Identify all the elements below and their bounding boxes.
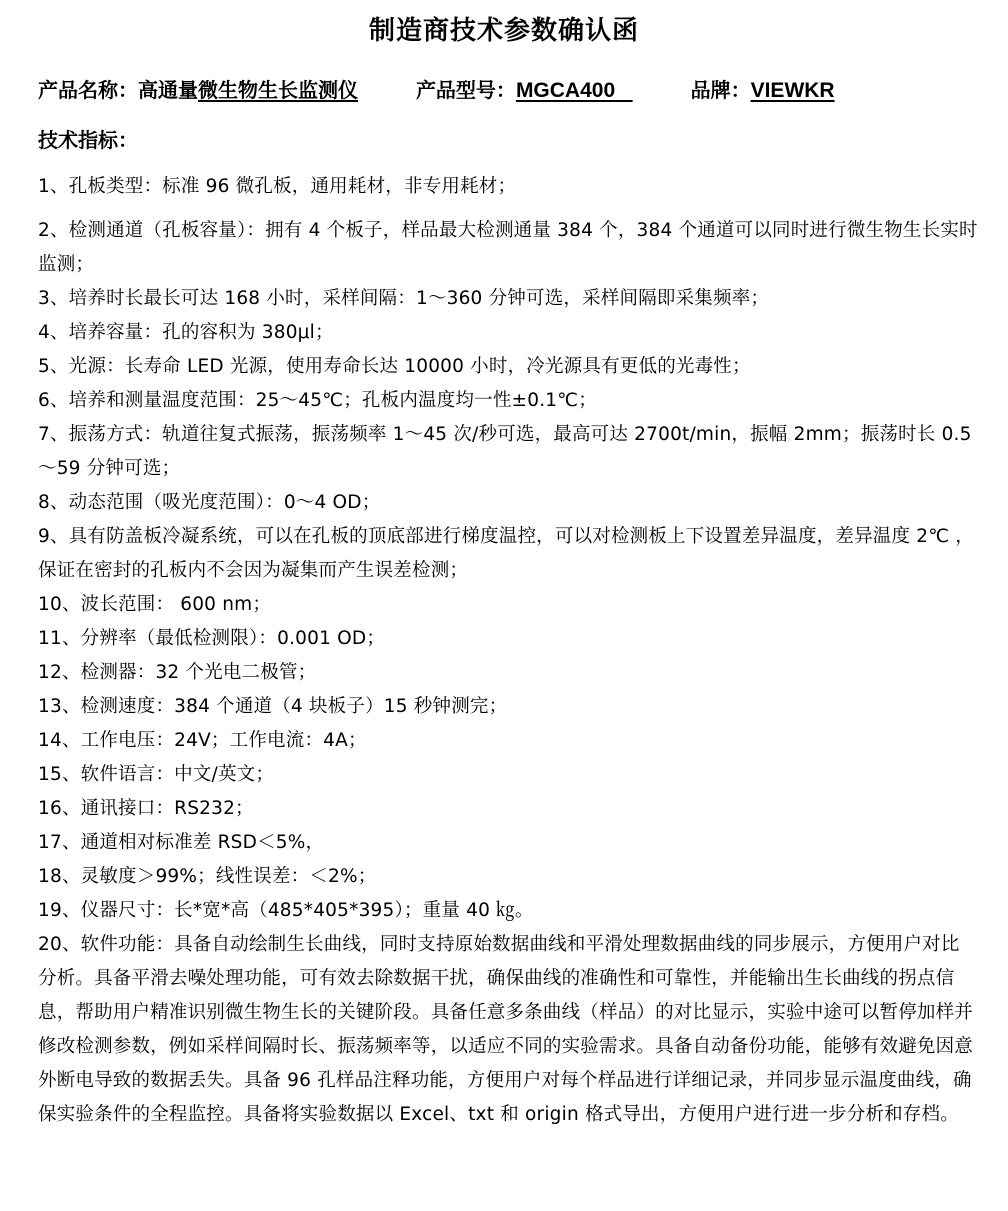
spec-item-18: 18、灵敏度＞99%；线性误差：＜2%； <box>38 860 978 894</box>
spec-item-6: 6、培养和测量温度范围：25～45℃；孔板内温度均一性±0.1℃； <box>38 384 978 418</box>
spec-item-3: 3、培养时长最长可达 168 小时，采样间隔：1～360 分钟可选，采样间隔即采… <box>38 282 978 316</box>
spec-item-19: 19、仪器尺寸：长*宽*高（485*405*395）；重量 40 ㎏。 <box>38 894 978 928</box>
spec-item-2: 2、检测通道（孔板容量）：拥有 4 个板子，样品最大检测通量 384 个，384… <box>38 214 978 282</box>
spec-item-11: 11、分辨率（最低检测限）：0.001 OD； <box>38 622 978 656</box>
spec-list: 1、孔板类型：标准 96 微孔板，通用耗材，非专用耗材； 2、检测通道（孔板容量… <box>38 170 978 1132</box>
spec-item-9: 9、具有防盖板冷凝系统，可以在孔板的顶底部进行梯度温控，可以对检测板上下设置差异… <box>38 520 978 588</box>
spec-item-10: 10、波长范围： 600 nm； <box>38 588 978 622</box>
spec-item-17: 17、通道相对标准差 RSD＜5%， <box>38 826 978 860</box>
spec-item-7: 7、振荡方式：轨道往复式振荡，振荡频率 1～45 次/秒可选，最高可达 2700… <box>38 418 978 486</box>
product-name-prefix: 高通量 <box>138 78 198 102</box>
spec-item-5: 5、光源：长寿命 LED 光源，使用寿命长达 10000 小时，冷光源具有更低的… <box>38 350 978 384</box>
spec-item-8: 8、动态范围（吸光度范围）：0～4 OD； <box>38 486 978 520</box>
spec-item-16: 16、通讯接口：RS232； <box>38 792 978 826</box>
product-name-label: 产品名称： <box>38 78 138 102</box>
product-model-label: 产品型号： <box>416 78 516 102</box>
spec-item-1: 1、孔板类型：标准 96 微孔板，通用耗材，非专用耗材； <box>38 170 978 204</box>
product-info-line: 产品名称：高通量微生物生长监测仪 产品型号：MGCA400 品牌：VIEWKR <box>38 74 835 103</box>
product-name-underlined: 微生物生长监测仪 <box>198 78 358 102</box>
brand-value: VIEWKR <box>751 79 835 102</box>
tech-specs-heading: 技术指标： <box>38 124 138 153</box>
spec-item-4: 4、培养容量：孔的容积为 380μl； <box>38 316 978 350</box>
spec-item-15: 15、软件语言：中文/英文； <box>38 758 978 792</box>
brand-label: 品牌： <box>691 78 751 102</box>
spec-item-13: 13、检测速度：384 个通道（4 块板子）15 秒钟测完； <box>38 690 978 724</box>
product-model-trailing-underline <box>615 79 633 102</box>
spec-item-12: 12、检测器：32 个光电二极管； <box>38 656 978 690</box>
document-title: 制造商技术参数确认函 <box>0 10 1008 47</box>
spec-item-14: 14、工作电压：24V；工作电流：4A； <box>38 724 978 758</box>
product-model-value: MGCA400 <box>516 79 615 102</box>
spec-item-20: 20、软件功能：具备自动绘制生长曲线，同时支持原始数据曲线和平滑处理数据曲线的同… <box>38 928 978 1132</box>
